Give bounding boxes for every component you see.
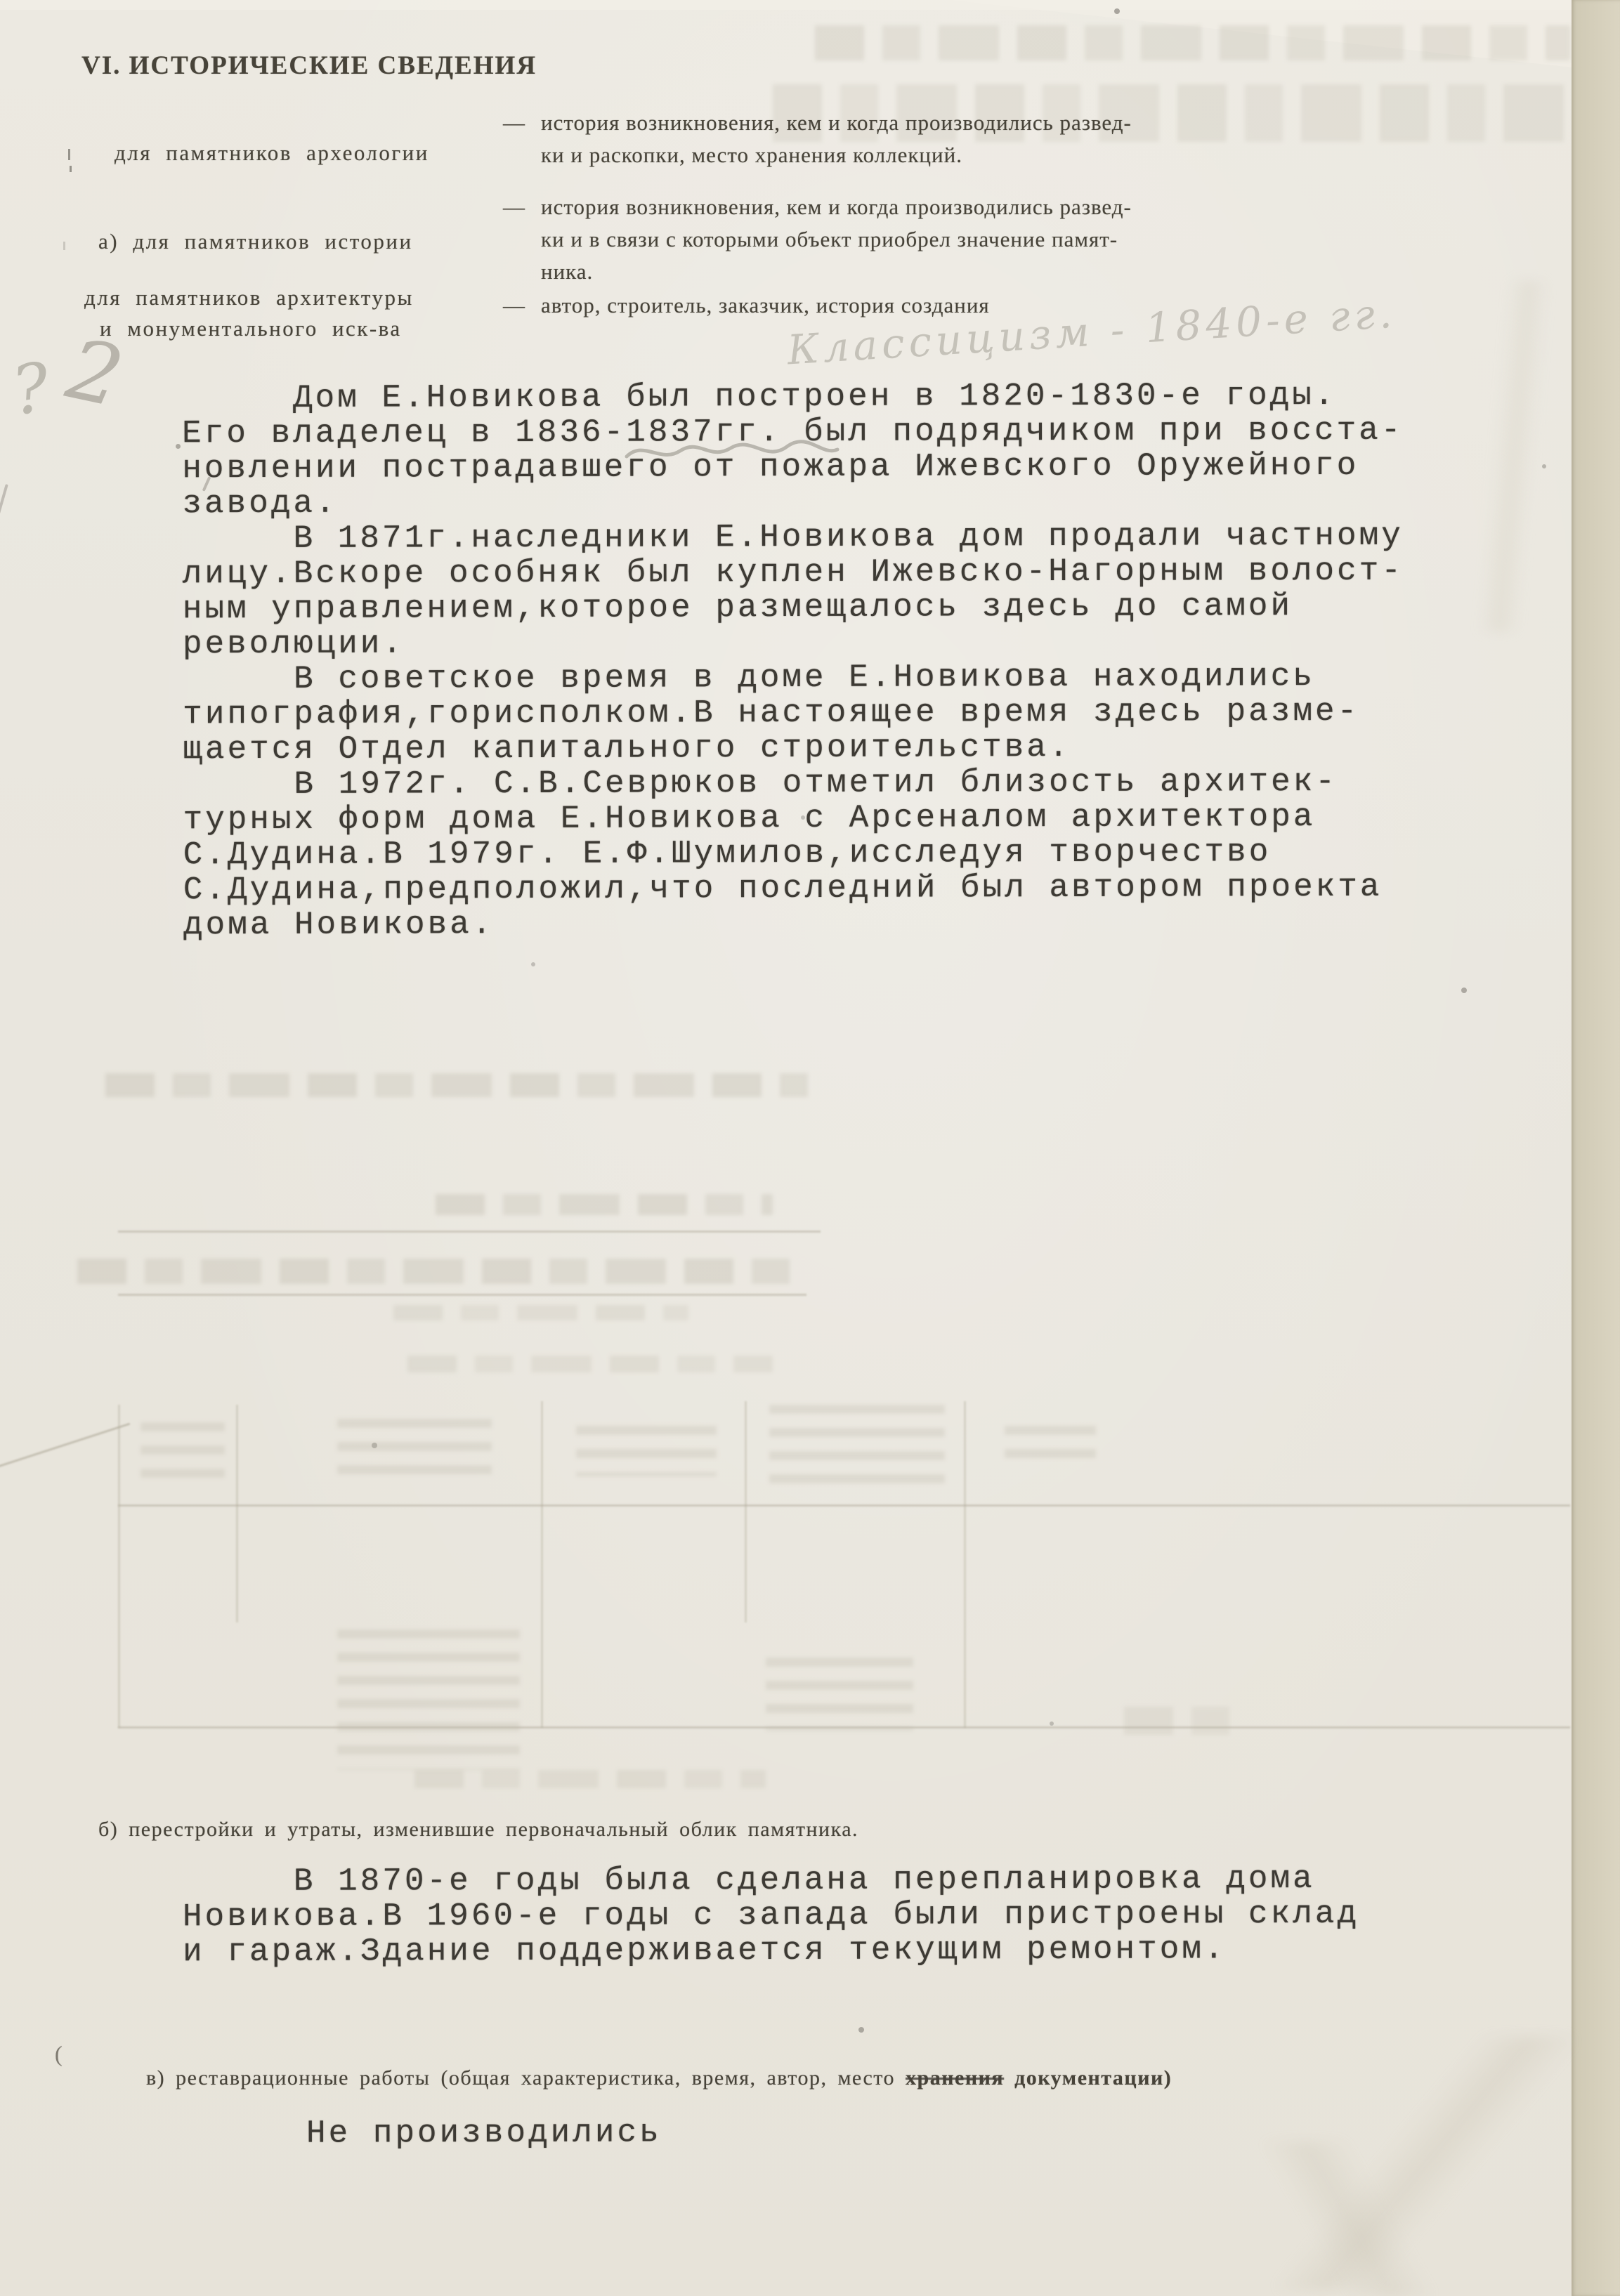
bleedthrough-address-line [77, 1259, 801, 1284]
paper-crease-left [0, 1423, 130, 1471]
bleedthrough-table-cell [766, 1658, 913, 1731]
bleedthrough-table-header [769, 1405, 945, 1497]
bleedthrough-caption [407, 1356, 773, 1372]
guide-desc-architecture: — автор, строитель, заказчик, история со… [503, 289, 990, 322]
bleedthrough-date-line [436, 1194, 773, 1215]
overstruck-word: документации) [1004, 2066, 1172, 2090]
bleedthrough-caption [393, 1305, 688, 1320]
guide-desc-archaeology: — история возникновения, кем и когда про… [503, 107, 1132, 171]
scanned-monument-passport-page: VI. ИСТОРИЧЕСКИЕ СВЕДЕНИЯ для памятников… [0, 0, 1620, 2296]
bleedthrough-table-line [541, 1401, 543, 1728]
bleedthrough-table-cell [1124, 1707, 1236, 1735]
guide-label-history: а) для памятников истории [98, 229, 413, 254]
bleedthrough-table-line [745, 1401, 747, 1622]
bleedthrough-table-line [118, 1405, 120, 1728]
paper-wrinkle [1124, 2142, 1574, 2296]
guide-desc-history: — история возникновения, кем и когда про… [503, 191, 1132, 288]
bleedthrough-table-line [236, 1405, 238, 1622]
guide-label-architecture-line1: для памятников архитектуры [84, 285, 414, 310]
pencil-margin-number: 2 [59, 320, 131, 426]
overstruck-word: хранения [906, 2066, 1004, 2090]
bleedthrough-header-band [815, 25, 1570, 60]
stray-paren-mark: ( [55, 2041, 63, 2067]
dash-bullet: — [503, 191, 525, 288]
margin-tick [68, 149, 70, 160]
bleedthrough-table-header [1005, 1426, 1096, 1471]
bleedthrough-table-header [337, 1419, 492, 1486]
bleedthrough-rule [118, 1294, 806, 1296]
bleedthrough-table-header [576, 1426, 717, 1476]
margin-tick [63, 242, 65, 250]
margin-tick [70, 166, 72, 172]
bleedthrough-rule [118, 1231, 821, 1233]
section-v-label: в) реставрационные работы (общая характе… [104, 2042, 1439, 2114]
typed-restoration-text: Не производились [306, 2115, 662, 2151]
bleedthrough-table-header [141, 1422, 225, 1484]
typed-history-text: Дом Е.Новикова был построен в 1820-1830-… [182, 378, 1404, 943]
paper-wrinkle [1440, 281, 1581, 632]
bleedthrough-table-line [118, 1504, 1570, 1507]
bleedthrough-table-cell [337, 1629, 520, 1770]
guide-label-archaeology: для памятников археологии [115, 140, 429, 166]
dash-bullet: — [503, 107, 525, 171]
bleedthrough-table-line [964, 1401, 966, 1728]
pencil-dot [176, 444, 181, 449]
section-b-label: б) перестройки и утраты, изменившие перв… [98, 1818, 858, 1842]
section-title: VI. ИСТОРИЧЕСКИЕ СВЕДЕНИЯ [81, 51, 537, 81]
typed-alterations-text: В 1870-е годы была сделана перепланировк… [183, 1861, 1359, 1969]
guide-label-architecture-line2: и монументального иск-ва [100, 316, 402, 341]
pencil-question-mark: ? [7, 348, 54, 431]
dash-bullet: — [503, 289, 525, 322]
bleedthrough-text-line [105, 1073, 808, 1097]
bleedthrough-caption [414, 1770, 766, 1788]
pencil-stroke [0, 484, 8, 543]
paper-specks [0, 0, 3, 3]
